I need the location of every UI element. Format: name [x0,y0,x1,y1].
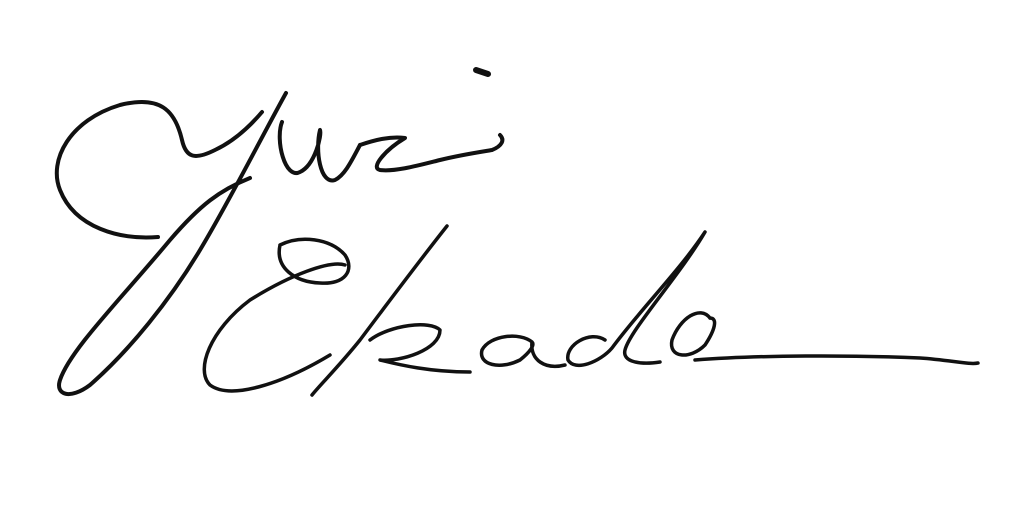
stroke-d [568,232,705,365]
stroke-k [312,226,470,395]
stroke-u [280,122,360,180]
stroke-a [482,336,565,366]
stroke-a-final [672,313,715,355]
stroke-o [204,239,349,391]
stroke-y-descender [59,93,286,394]
stroke-underline [695,356,978,364]
stroke-r-i [360,135,502,170]
stroke-i-dot [476,70,488,74]
handwritten-signature [0,0,1024,520]
stroke-y-loop [57,102,262,238]
